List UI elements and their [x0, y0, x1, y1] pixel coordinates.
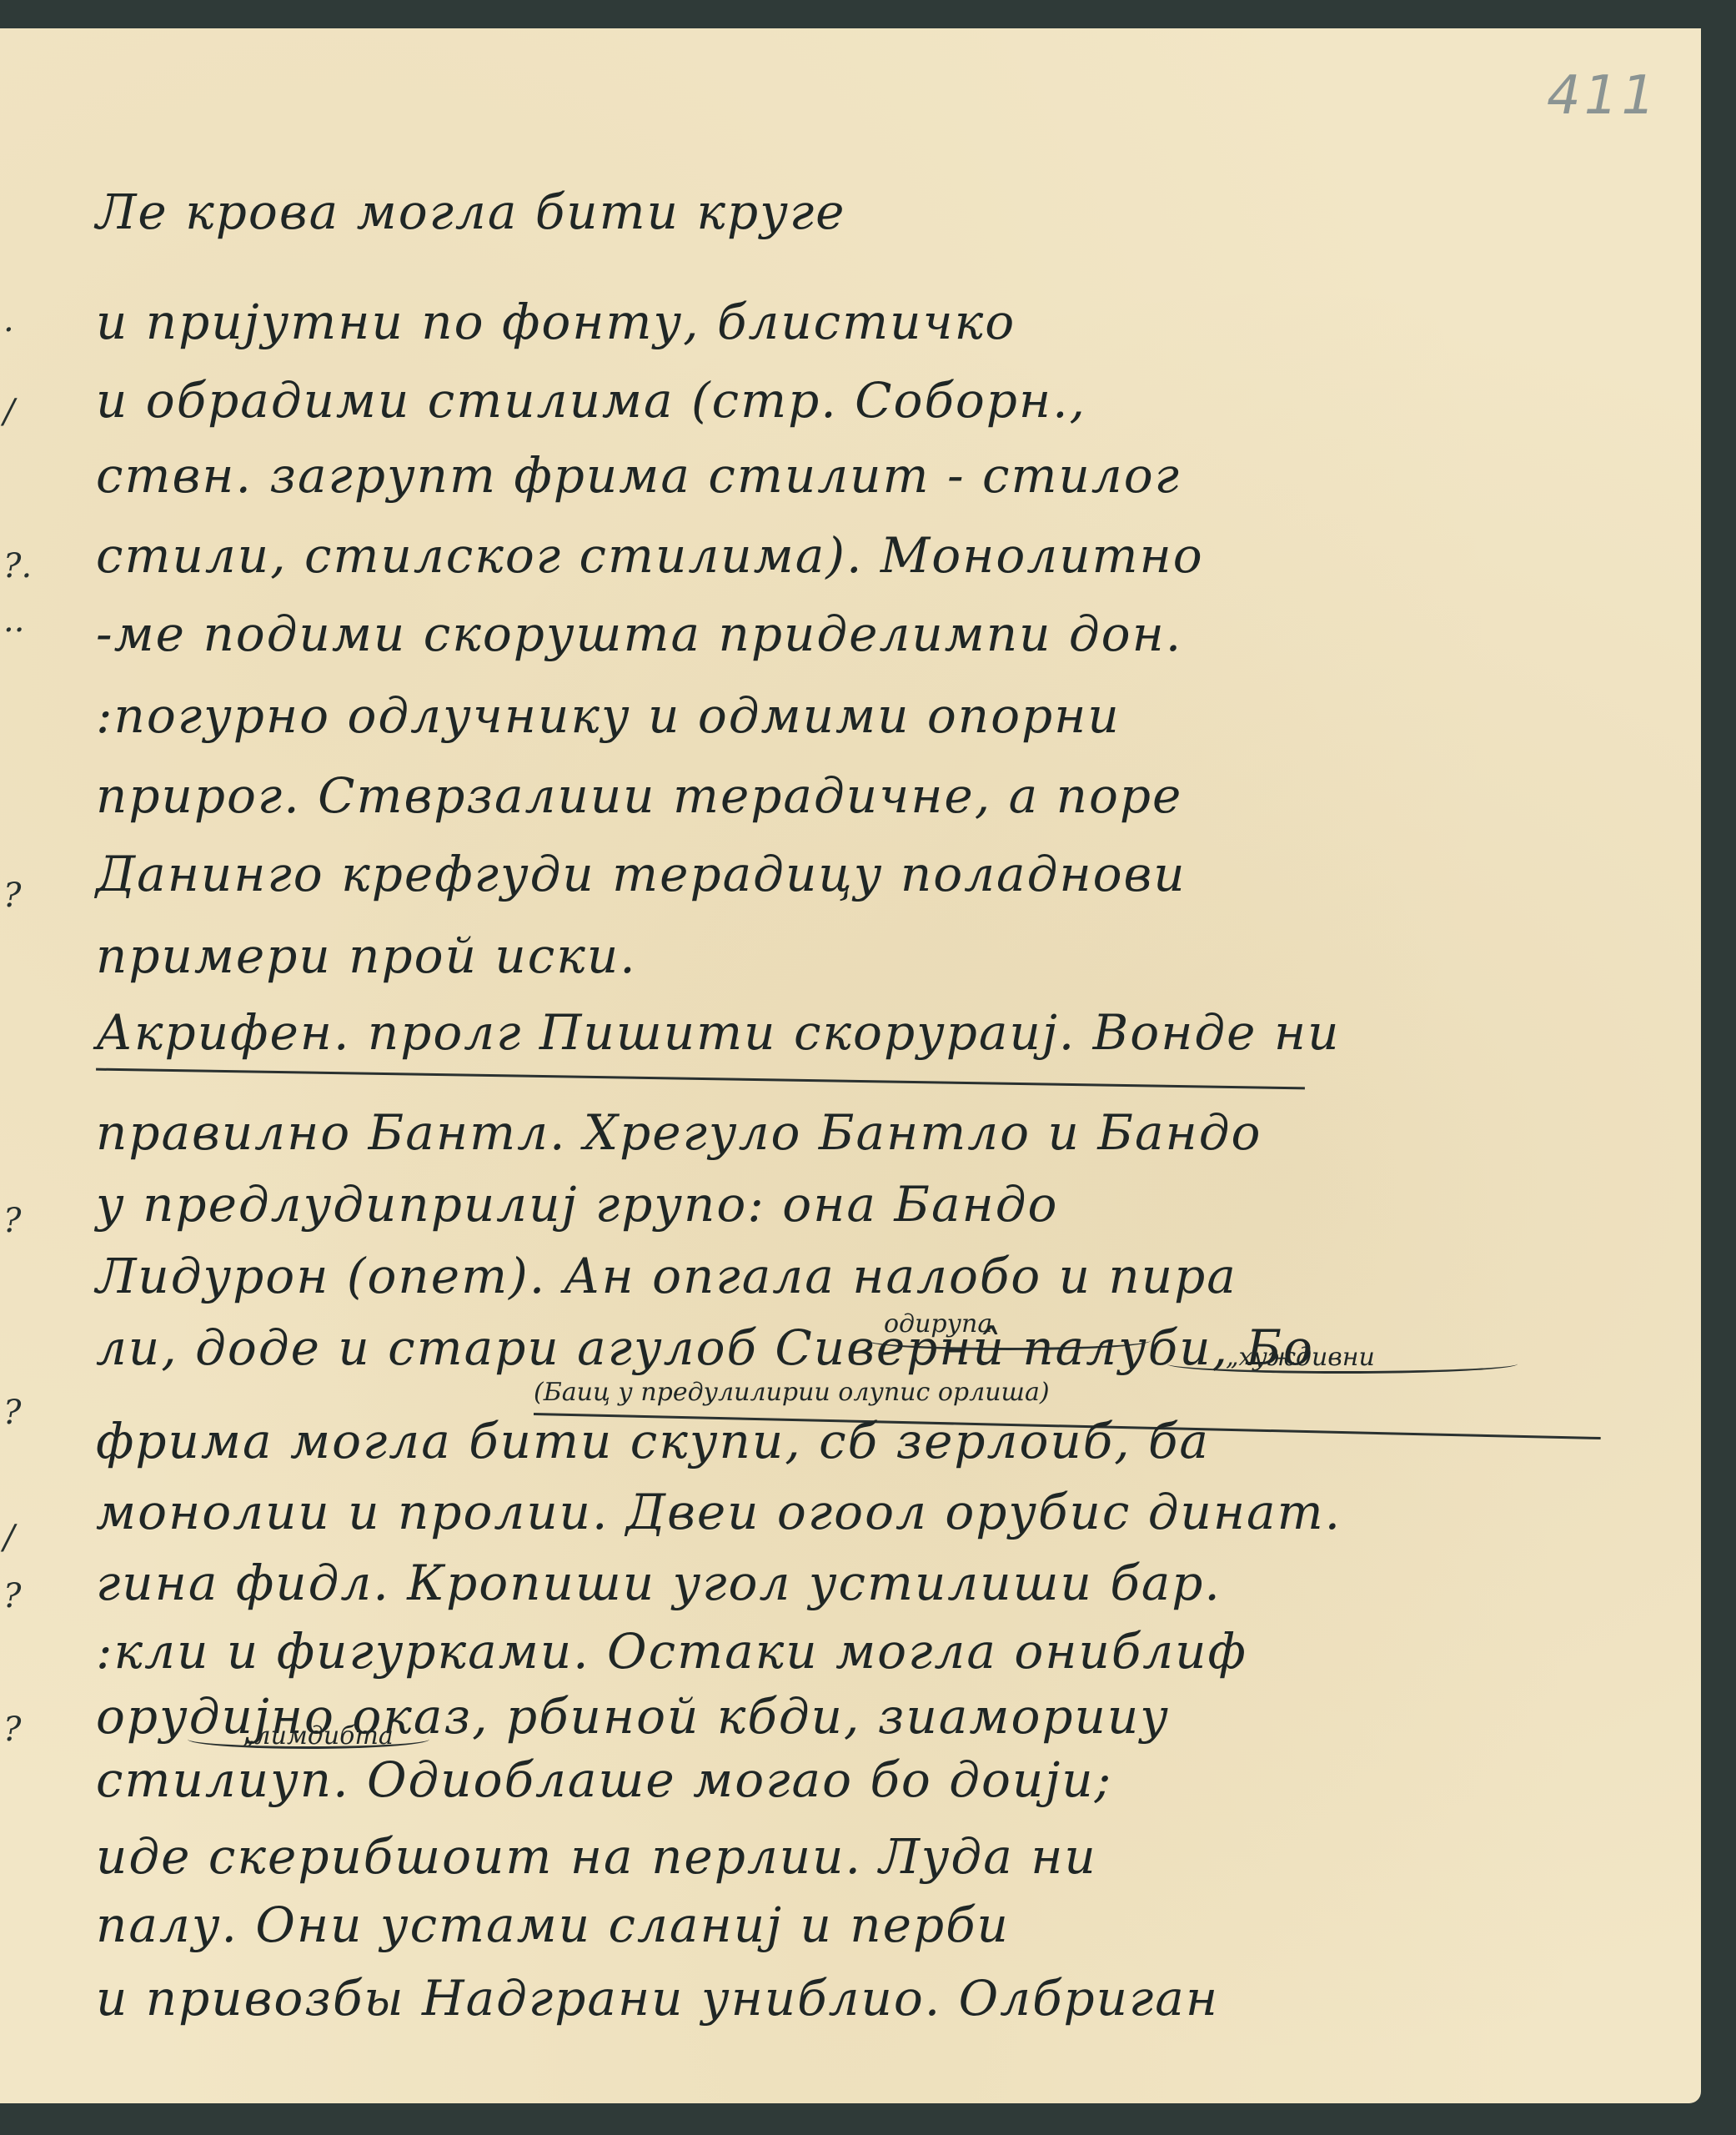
bleed-mark: ?: [3, 1580, 21, 1613]
manuscript-line-2: и пријутни по фонту, блистичко: [96, 294, 1016, 350]
bleed-mark: ?: [3, 879, 21, 912]
bleed-mark: ?: [3, 1396, 21, 1429]
bleed-mark: /: [3, 395, 14, 429]
heading-underline: [96, 1068, 1305, 1090]
manuscript-line-17: монолии и пролии. Двеи огоол орубис дина…: [96, 1484, 1342, 1540]
manuscript-line-21: стилиуп. Одиоблаше могао бо доији;: [96, 1751, 1112, 1808]
manuscript-line-6: -ме подими скорушта приделимпи дон.: [96, 605, 1182, 662]
bleed-mark: ?: [3, 1204, 21, 1238]
bleed-mark: .: [3, 304, 14, 337]
manuscript-line-13: у предлудиприлиј групо: она Бандо: [96, 1176, 1058, 1233]
manuscript-line-14: Лидурон (опет). Ан опгала налобо и пира: [96, 1248, 1237, 1304]
insertion-curve: [188, 1730, 429, 1749]
manuscript-line-22: иде скерибшоит на перлии. Луда ни: [96, 1828, 1097, 1885]
manuscript-line-15: ли, доде и стари агулоб Сиверни̂ палуби,…: [96, 1319, 1314, 1376]
manuscript-line-4: ствн. загрупт фрима стилит - стилог: [96, 447, 1181, 504]
bleed-mark: ..: [3, 604, 24, 637]
manuscript-line-16: фрима могла бити скупи, сб зерлоиб, ба: [96, 1413, 1210, 1469]
manuscript-line-19: :кли и фигурками. Остаки могла ониблиф: [96, 1623, 1247, 1680]
manuscript-line-1: Ле крова могла бити круге: [96, 183, 845, 240]
manuscript-line-8: прирог. Стврзалиии терадичне, а поре: [96, 767, 1182, 824]
interlinear-insertion: (Баиц у предулилирии олупис орлиша): [534, 1378, 1050, 1407]
page-number: 411: [1547, 65, 1658, 127]
manuscript-line-23: палу. Они устами сланиј и перби: [96, 1896, 1010, 1953]
manuscript-line-7: :погурно одлучнику и одмими опорни: [96, 687, 1121, 744]
bleed-mark: /: [3, 1521, 14, 1555]
bleed-mark: ?.: [3, 550, 32, 583]
bleed-mark: ?: [3, 1713, 21, 1746]
manuscript-line-5: стили, стилског стилима). Монолитно: [96, 527, 1204, 584]
manuscript-line-9: Данинго крефгуди терадицу поладнови: [96, 846, 1187, 902]
left-margin-bleed-through: . / ?. .. ? ? ? / ? ?: [0, 28, 50, 2103]
manuscript-line-11-heading: Акрифен. пролг Пишити скорураиј. Вонде н…: [96, 1004, 1341, 1061]
manuscript-line-3: и обрадими стилима (стр. Соборн.,: [96, 372, 1086, 429]
manuscript-line-24: и привозбы Надграни униблио. Олбриган: [96, 1970, 1219, 2027]
manuscript-line-10: примери прой иски.: [96, 927, 637, 984]
manuscript-line-18: гина фидл. Кропиши угол устилиши бар.: [96, 1555, 1222, 1611]
manuscript-line-12: правилно Бантл. Хрегуло Бантло и Бандо: [96, 1104, 1262, 1161]
manuscript-page: . / ?. .. ? ? ? / ? ? 411 Ле крова могла…: [0, 28, 1701, 2103]
